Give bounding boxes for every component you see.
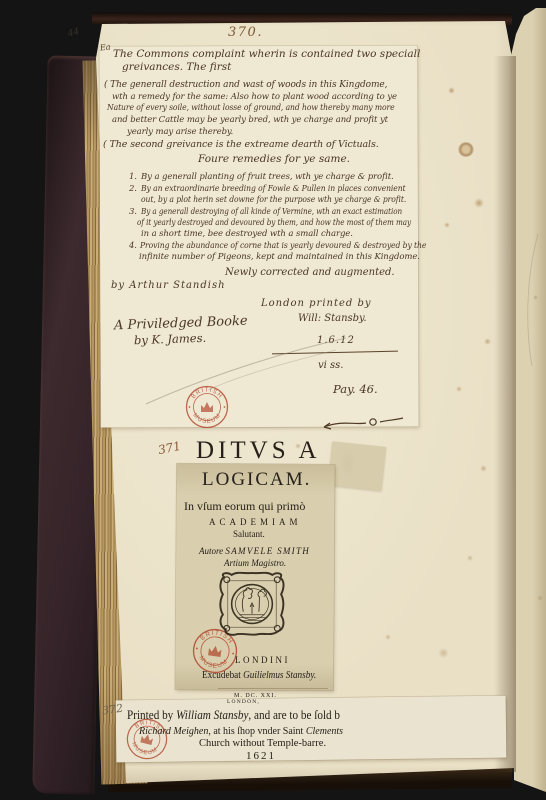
remedy-num: 3. xyxy=(129,208,137,217)
foxing-spot xyxy=(458,142,474,157)
remedy-line: Proving the abundance of corne that is y… xyxy=(140,242,426,251)
remedy-line: of it yearly destroyed and devoured by t… xyxy=(137,219,411,228)
printed-subtitle-2: ACADEMIAM xyxy=(209,518,302,527)
remedy-num: 4. xyxy=(129,242,137,251)
printed-subtitle-1: In vſum eorum qui primò xyxy=(184,500,305,512)
ms-author-note: by Arthur Standish xyxy=(111,281,226,291)
printed-author-name: SAMVELE SMITH xyxy=(225,546,310,556)
book-photograph: 44 370. Ea The Commons complaint wherin … xyxy=(0,0,546,800)
imprint-slip-place: LONDON, xyxy=(227,700,260,706)
printed-imprint-printer: Excudebat Guilielmus Stansby. xyxy=(202,671,316,681)
printer-ornament xyxy=(216,571,288,637)
paper-patch xyxy=(328,441,386,490)
remedy-line: By a generall planting of fruit trees, w… xyxy=(141,173,394,182)
crown-icon xyxy=(208,645,222,657)
slip-crease xyxy=(218,688,328,689)
printed-title-2: LOGICAM. xyxy=(202,470,311,489)
printed-imprint-printer-prefix: Excudebat xyxy=(202,670,241,681)
printed-subtitle-3: Salutant. xyxy=(233,530,265,539)
inline-mark: Ea xyxy=(100,43,111,52)
crown-icon xyxy=(201,402,213,412)
gutter-shadow xyxy=(494,56,516,772)
foxing-spot xyxy=(448,87,455,94)
foxing-spot xyxy=(474,198,484,208)
imprint-line1-suffix: , and are to be ſold b xyxy=(248,707,340,722)
ms-heading-2: greivances. The first xyxy=(122,62,231,73)
foxing-spot xyxy=(480,465,487,472)
imprint-line2-mid: , at his ſhop vnder Saint xyxy=(208,726,306,737)
ms-imprint-line: Will: Stansby. xyxy=(298,314,367,324)
slip-folio: 372 xyxy=(101,703,123,717)
imprint-line1-prefix: Printed by xyxy=(127,707,176,722)
remedy-num: 1. xyxy=(129,173,137,182)
foxing-spot xyxy=(444,222,450,228)
remedy-line: in a short time, bee destroyed wth a sma… xyxy=(141,230,353,239)
imprint-line2-name: Richard Meighen xyxy=(139,726,208,737)
remedy-line: out, by a plot herin set downe for the p… xyxy=(141,196,406,205)
ms-grievance2-line: ( The second greivance is the extreame d… xyxy=(103,140,379,150)
folio-number: 370. xyxy=(228,26,263,39)
imprint-line1-name: William Stansby xyxy=(176,707,248,722)
printed-author-title: Artium Magistro. xyxy=(224,559,286,568)
imprint-line2-name2: Clements xyxy=(306,726,343,737)
imprint-slip-line1: Printed by William Stansby, and are to b… xyxy=(127,708,340,721)
foxing-spot xyxy=(456,386,462,392)
ms-grievance1-line: and better Cattle may be yearly bred, wt… xyxy=(112,116,388,125)
imprint-slip-line2: Richard Meighen, at his ſhop vnder Saint… xyxy=(139,727,343,737)
ms-grievance1-line: wth a remedy for the same: Also how to p… xyxy=(112,93,397,102)
ms-grievance1-line: Nature of every soile, without losse of … xyxy=(107,104,395,113)
printed-imprint-printer-name: Guilielmus Stansby. xyxy=(243,670,316,681)
pencil-curl-mark xyxy=(518,230,544,370)
imprint-slip-year: 1621 xyxy=(246,751,276,762)
edge-mark: 44 xyxy=(67,28,80,40)
foxing-spot xyxy=(537,595,543,601)
remedy-line: By a generall destroying of all kinde of… xyxy=(141,208,402,217)
ms-remedies-heading: Foure remedies for ye same. xyxy=(198,154,350,165)
ms-edition-note: Newly corrected and augmented. xyxy=(225,268,395,278)
remedy-line: infinite number of Pigeons, kept and mai… xyxy=(139,253,420,262)
ink-flourish-mark xyxy=(320,412,406,434)
printed-author-prefix: Autore xyxy=(199,546,223,556)
imprint-slip-line3: Church without Temple-barre. xyxy=(199,739,326,750)
pencil-marks xyxy=(138,328,353,410)
printed-title-1: DITVS A xyxy=(196,438,321,463)
foxing-spot xyxy=(484,338,491,345)
british-museum-stamp: BRITISH MUSEUM xyxy=(185,385,229,429)
remedy-line: By an extraordinarie breeding of Fowle &… xyxy=(141,185,406,194)
printed-imprint-place: LONDINI xyxy=(235,656,290,665)
foxing-spot xyxy=(438,648,449,658)
ms-heading-1: The Commons complaint wherin is containe… xyxy=(113,49,420,60)
printed-author-line: Autore SAMVELE SMITH xyxy=(199,547,310,556)
svg-text:MUSEUM: MUSEUM xyxy=(191,413,222,426)
remedy-num: 2. xyxy=(129,185,137,194)
foxing-spot xyxy=(385,634,391,640)
foxing-spot xyxy=(467,555,473,561)
ms-imprint-line: London printed by xyxy=(261,299,372,309)
ms-grievance1-line: ( The generall destruction and wast of w… xyxy=(104,81,387,90)
ms-grievance1-line: yearly may arise thereby. xyxy=(127,128,233,137)
